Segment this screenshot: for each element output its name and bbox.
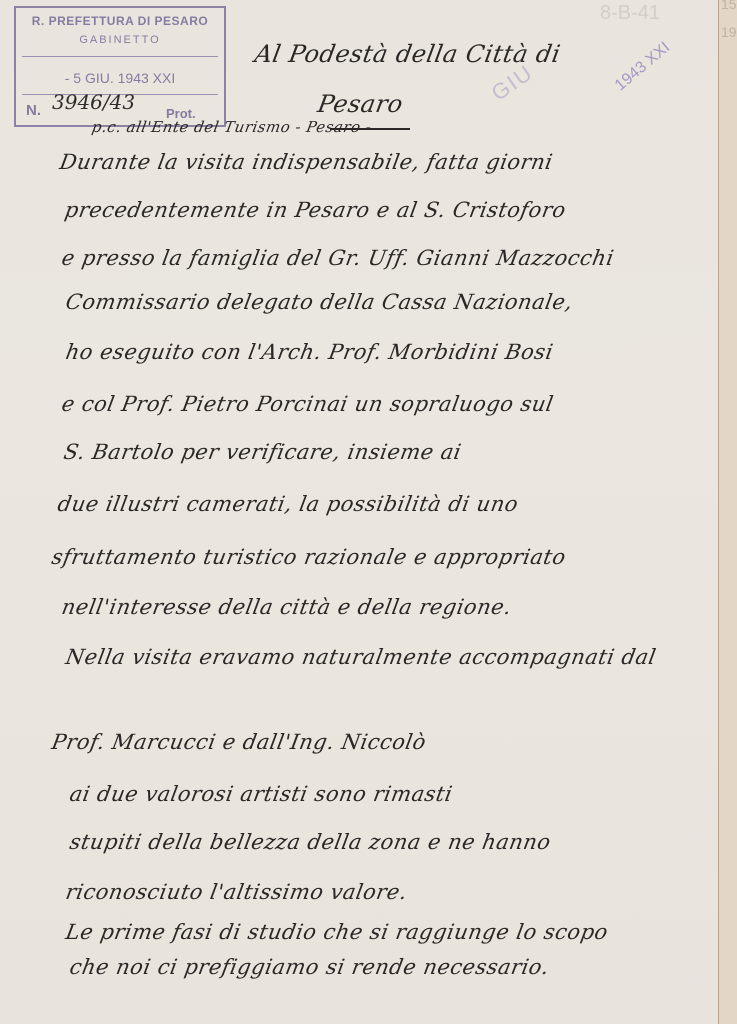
back-sheet-edge: 15 19: [718, 0, 737, 1024]
letter-line: Commissario delegato della Cassa Naziona…: [64, 290, 575, 314]
letter-line: Nella visita eravamo naturalmente accomp…: [64, 645, 658, 669]
letter-line: e col Prof. Pietro Porcinai un sopraluog…: [60, 392, 556, 416]
pencil-date: 8-B-41: [600, 2, 660, 25]
addressee-city: Pesaro: [316, 90, 406, 118]
stamp-protocol-number: 3946/43: [52, 90, 135, 114]
letter-line: stupiti della bellezza della zona e ne h…: [68, 830, 553, 854]
letter-line: nell'interesse della città e della regio…: [60, 595, 514, 619]
letter-line: che noi ci prefiggiamo si rende necessar…: [68, 955, 551, 979]
stamp-date: - 5 GIU. 1943 XXI: [16, 70, 224, 86]
back-sheet-mark: 19: [721, 24, 737, 40]
letter-line: S. Bartolo per verificare, insieme ai: [62, 440, 463, 464]
letter-line: ho eseguito con l'Arch. Prof. Morbidini …: [64, 340, 555, 364]
letter-line: riconosciuto l'altissimo valore.: [64, 880, 409, 904]
letter-line: sfruttamento turistico razionale e appro…: [50, 545, 568, 569]
letter-line: ai due valorosi artisti sono rimasti: [68, 782, 455, 806]
stamp-divider: [22, 56, 218, 57]
underline: [330, 128, 410, 130]
stamp-office: R. PREFETTURA DI PESARO: [16, 14, 224, 28]
cc-line: p.c. all'Ente del Turismo - Pesaro -: [90, 118, 373, 136]
letter-line: Prof. Marcucci e dall'Ing. Niccolò: [50, 730, 428, 754]
stamp-number-prefix: N.: [26, 102, 41, 119]
addressee-line: Al Podestà della Città di: [253, 40, 563, 68]
letter-line: precedentemente in Pesaro e al S. Cristo…: [63, 198, 568, 222]
stamp-department: GABINETTO: [16, 34, 224, 46]
prefecture-stamp: R. PREFETTURA DI PESARO GABINETTO - 5 GI…: [14, 6, 226, 127]
back-sheet-mark: 15: [721, 0, 737, 12]
letter-line: Le prime fasi di studio che si raggiunge…: [64, 920, 610, 944]
letter-line: e presso la famiglia del Gr. Uff. Gianni…: [60, 246, 616, 270]
letter-line: due illustri camerati, la possibilità di…: [56, 492, 520, 516]
letter-line: Durante la visita indispensabile, fatta …: [58, 150, 555, 174]
